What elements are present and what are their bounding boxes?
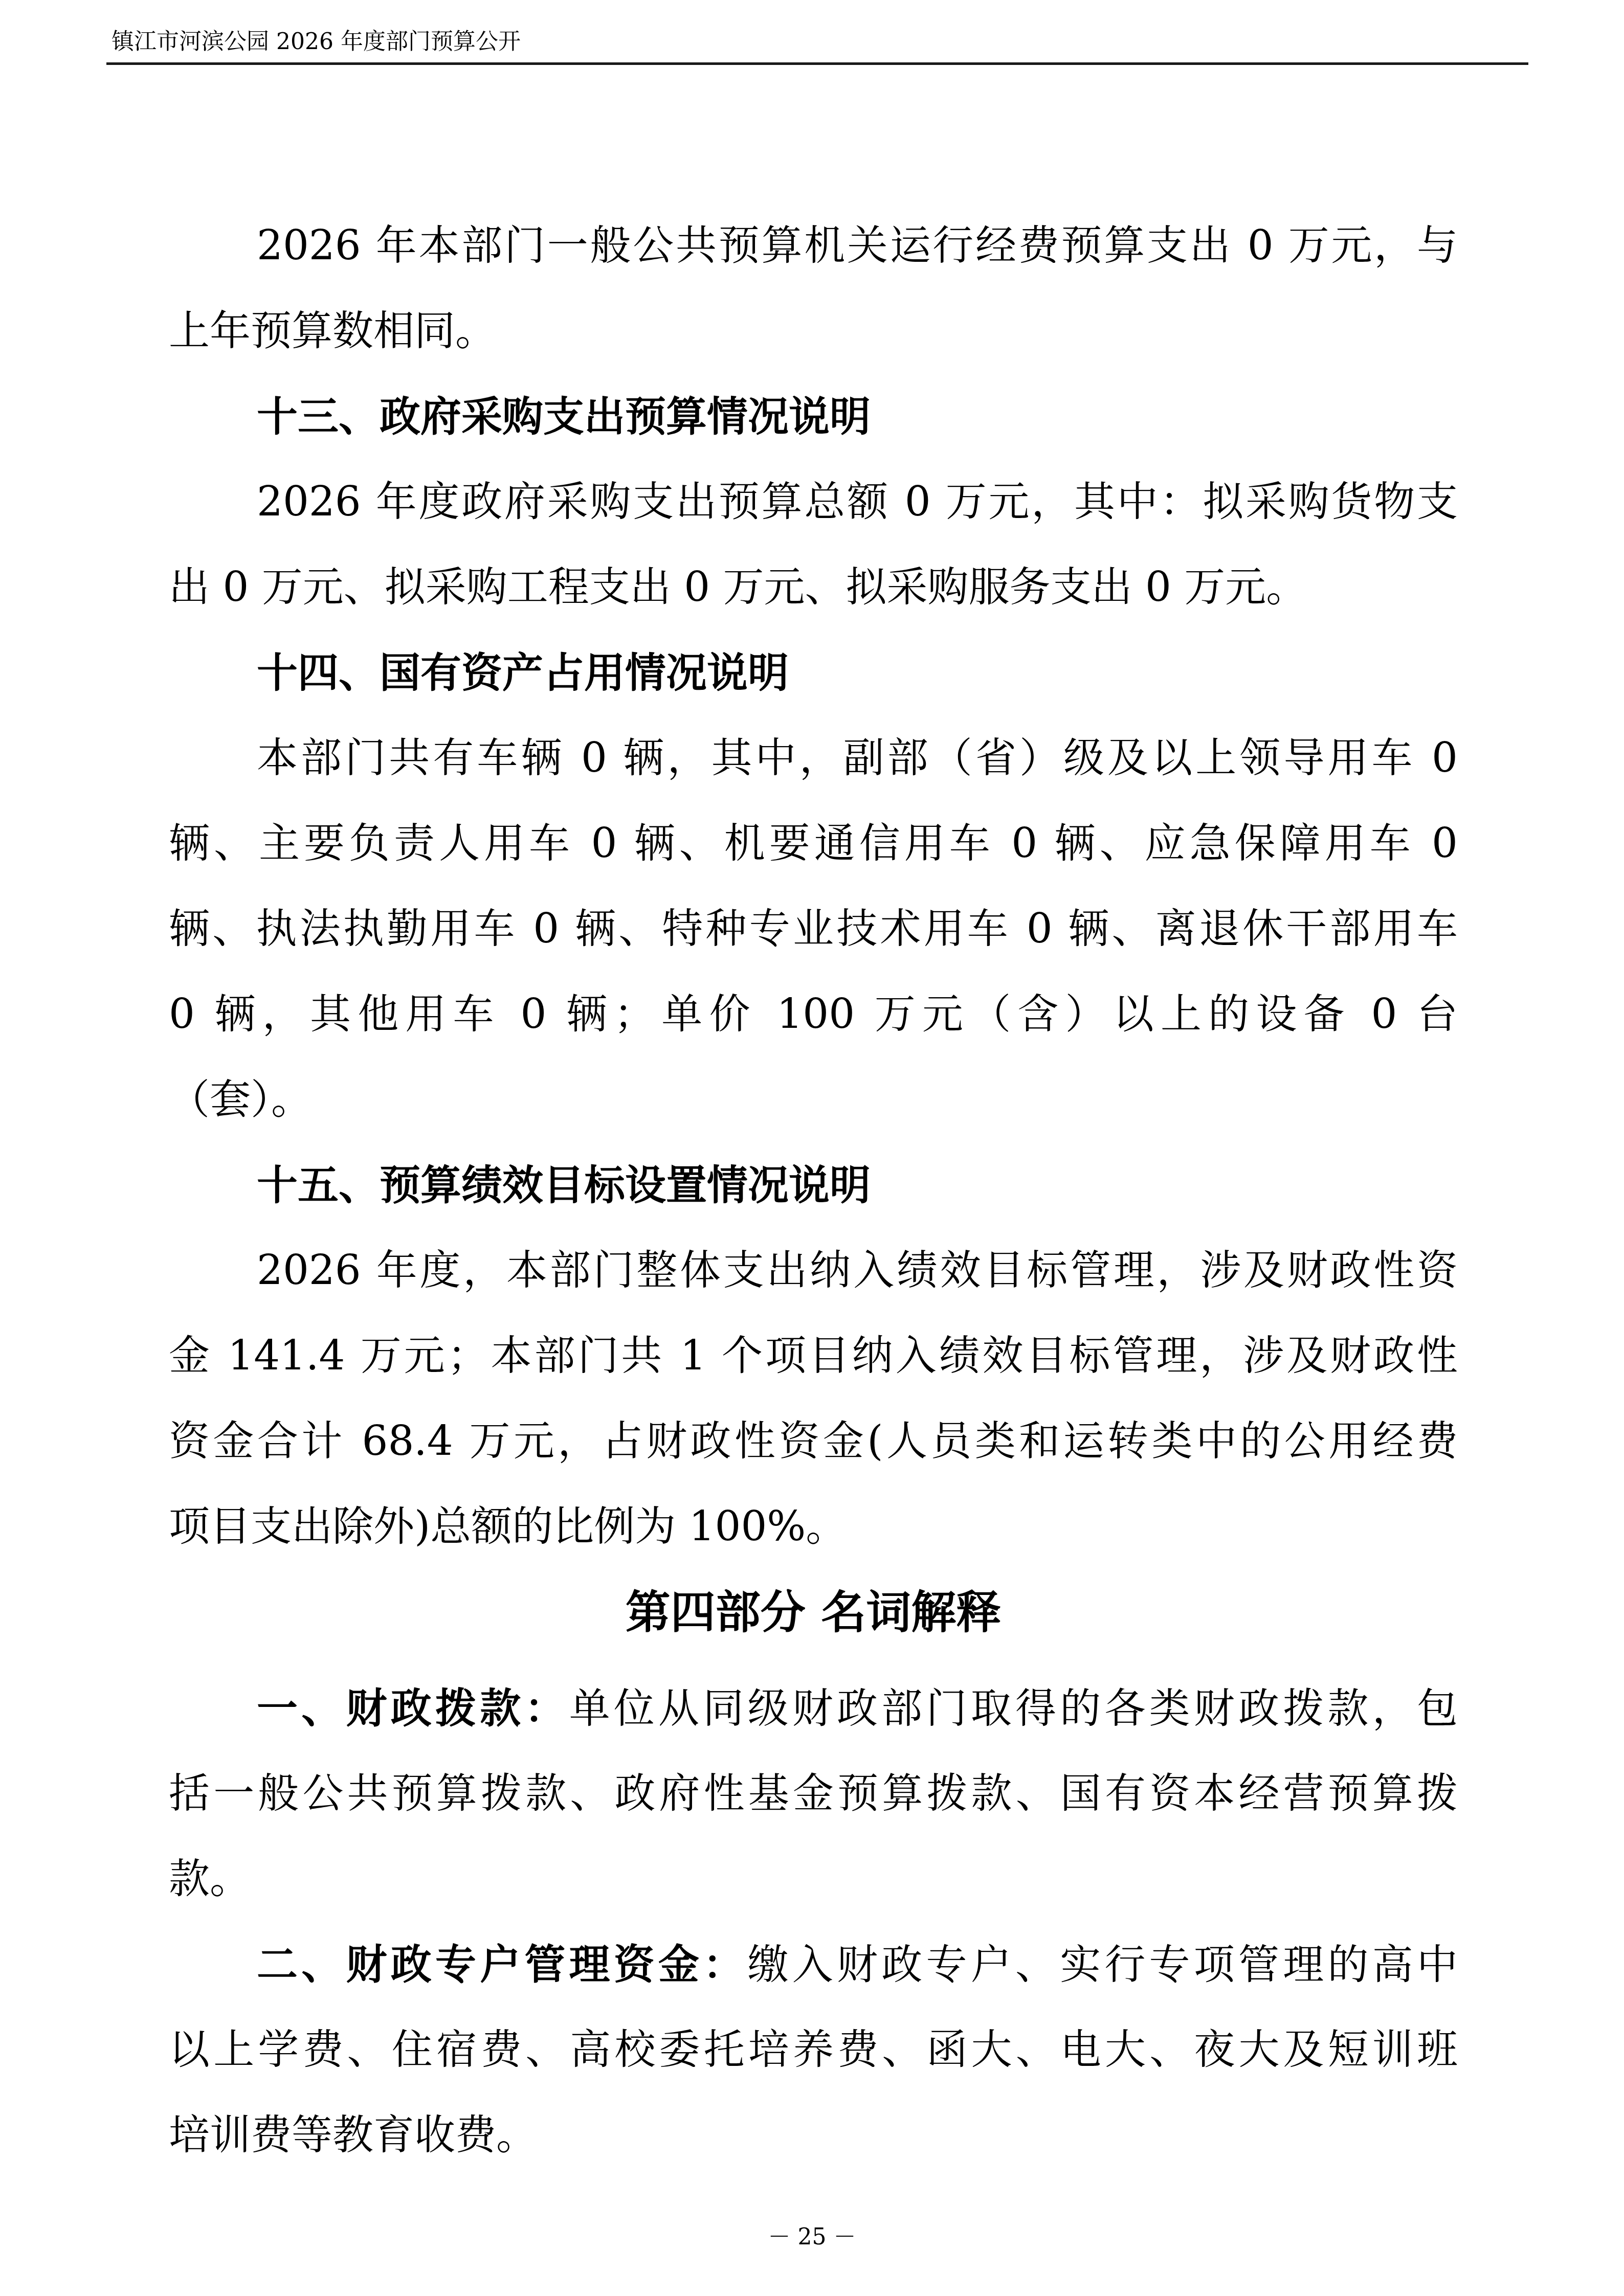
section-heading-performance: 十五、预算绩效目标设置情况说明 [257,1159,1458,1210]
page-header: 镇江市河滨公园 2026 年度部门预算公开 [112,27,1528,62]
part-title: 第四部分 名词解释 [169,1586,1458,1637]
term-definition-text: 单位从同级财政部门取得的各类财政拨款，包 [569,1684,1458,1732]
term-definition-first-line: 二、财政专户管理资金：缴入财政专户、实行专项管理的高中 [257,1939,1458,1990]
paragraph-line: 本部门共有车辆 0 辆，其中，副部（省）级及以上领导用车 0 [257,732,1458,783]
paragraph-line: 上年预算数相同。 [169,305,1458,356]
paragraph-line: 括一般公共预算拨款、政府性基金预算拨款、国有资本经营预算拨 [169,1768,1458,1819]
term-label: 一、财政拨款： [257,1684,569,1732]
section-heading-state-assets: 十四、国有资产占用情况说明 [257,647,1458,698]
paragraph-line: 0 辆，其他用车 0 辆；单价 100 万元（含）以上的设备 0 台 [169,988,1458,1040]
paragraph-line: 出 0 万元、拟采购工程支出 0 万元、拟采购服务支出 0 万元。 [169,561,1458,613]
paragraph-line: 以上学费、住宿费、高校委托培养费、函大、电大、夜大及短训班 [169,2024,1458,2075]
paragraph-line: 辆、执法执勤用车 0 辆、特种专业技术用车 0 辆、离退休干部用车 [169,903,1458,954]
paragraph-line: （套）。 [169,1074,1458,1125]
paragraph-line: 2026 年度，本部门整体支出纳入绩效目标管理，涉及财政性资 [257,1245,1458,1296]
header-divider [106,62,1528,65]
document-header-title: 镇江市河滨公园 2026 年度部门预算公开 [112,27,521,57]
paragraph-line: 培训费等教育收费。 [169,2109,1458,2160]
paragraph-line: 2026 年本部门一般公共预算机关运行经费预算支出 0 万元，与 [257,220,1458,271]
term-definition-first-line: 一、财政拨款：单位从同级财政部门取得的各类财政拨款，包 [257,1682,1458,1734]
paragraph-line: 资金合计 68.4 万元，占财政性资金(人员类和运转类中的公用经费 [169,1415,1458,1467]
term-definition-text: 缴入财政专户、实行专项管理的高中 [748,1941,1458,1988]
term-label: 二、财政专户管理资金： [257,1940,748,1988]
paragraph-line: 项目支出除外)总额的比例为 100%。 [169,1501,1458,1552]
paragraph-line: 2026 年度政府采购支出预算总额 0 万元，其中：拟采购货物支 [257,476,1458,527]
paragraph-line: 金 141.4 万元；本部门共 1 个项目纳入绩效目标管理，涉及财政性 [169,1330,1458,1381]
section-heading-procurement: 十三、政府采购支出预算情况说明 [257,391,1458,442]
paragraph-line: 辆、主要负责人用车 0 辆、机要通信用车 0 辆、应急保障用车 0 [169,818,1458,869]
page-number: － 25 － [0,2222,1624,2253]
paragraph-line: 款。 [169,1853,1458,1904]
